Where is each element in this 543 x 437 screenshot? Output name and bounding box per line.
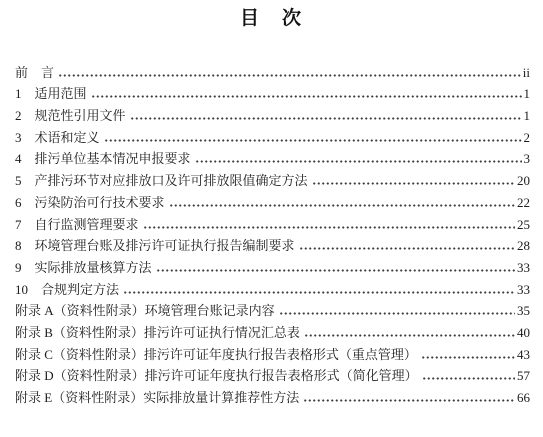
dot-leader (104, 139, 522, 142)
toc-entry-label: 附录 E（资料性附录）实际排放量计算推荐性方法 (15, 390, 299, 405)
toc-entry-page: ii (523, 65, 530, 80)
toc-list: 前 言ii1 适用范围12 规范性引用文件13 术语和定义24 排污单位基本情况… (15, 58, 530, 405)
dot-leader (156, 269, 515, 272)
toc-entry-label: 2 规范性引用文件 (15, 108, 126, 123)
toc-entry: 9 实际排放量核算方法33 (15, 253, 530, 275)
toc-entry-label: 3 术语和定义 (15, 130, 100, 145)
toc-entry-page: 57 (517, 368, 530, 383)
dot-leader (143, 226, 515, 229)
dot-leader (421, 356, 515, 359)
toc-entry-label: 附录 C（资料性附录）排污许可证年度执行报告表格形式（重点管理） (15, 347, 417, 362)
dot-leader (279, 312, 515, 315)
toc-entry-page: 1 (524, 86, 531, 101)
toc-entry-page: 35 (517, 303, 530, 318)
toc-entry-label: 9 实际排放量核算方法 (15, 260, 152, 275)
dot-leader (304, 334, 515, 337)
toc-entry: 6 污染防治可行技术要求22 (15, 188, 530, 210)
toc-entry-label: 5 产排污环节对应排放口及许可排放限值确定方法 (15, 173, 308, 188)
toc-entry: 10 合规判定方法33 (15, 275, 530, 297)
toc-entry-page: 3 (524, 151, 531, 166)
toc-entry: 附录 E（资料性附录）实际排放量计算推荐性方法66 (15, 383, 530, 405)
dot-leader (91, 95, 522, 98)
toc-entry-page: 40 (517, 325, 530, 340)
toc-entry-label: 附录 D（资料性附录）排污许可证年度执行报告表格形式（简化管理） (15, 368, 418, 383)
toc-entry-label: 7 自行监测管理要求 (15, 217, 139, 232)
toc-entry: 4 排污单位基本情况申报要求3 (15, 145, 530, 167)
dot-leader (169, 204, 515, 207)
toc-page: 目 次 前 言ii1 适用范围12 规范性引用文件13 术语和定义24 排污单位… (0, 7, 543, 437)
toc-entry-page: 22 (517, 195, 530, 210)
toc-entry: 3 术语和定义2 (15, 123, 530, 145)
toc-entry: 前 言ii (15, 58, 530, 80)
dot-leader (123, 291, 515, 294)
toc-entry-label: 6 污染防治可行技术要求 (15, 195, 165, 210)
toc-entry-label: 附录 B（资料性附录）排污许可证执行情况汇总表 (15, 325, 300, 340)
toc-entry-page: 33 (517, 260, 530, 275)
page-title: 目 次 (0, 7, 543, 30)
toc-entry-label: 附录 A（资料性附录）环境管理台账记录内容 (15, 303, 275, 318)
toc-entry: 2 规范性引用文件1 (15, 101, 530, 123)
toc-entry-page: 33 (517, 282, 530, 297)
toc-entry: 7 自行监测管理要求25 (15, 210, 530, 232)
toc-entry-page: 2 (524, 130, 531, 145)
toc-entry: 附录 C（资料性附录）排污许可证年度执行报告表格形式（重点管理）43 (15, 340, 530, 362)
toc-entry-label: 前 言 (15, 65, 54, 80)
toc-entry-page: 28 (517, 238, 530, 253)
dot-leader (195, 160, 522, 163)
toc-entry-page: 66 (517, 390, 530, 405)
dot-leader (303, 399, 515, 402)
dot-leader (422, 377, 515, 380)
toc-entry-label: 1 适用范围 (15, 86, 87, 101)
toc-entry: 5 产排污环节对应排放口及许可排放限值确定方法20 (15, 166, 530, 188)
toc-entry: 附录 B（资料性附录）排污许可证执行情况汇总表40 (15, 318, 530, 340)
toc-entry-label: 10 合规判定方法 (15, 282, 119, 297)
dot-leader (299, 247, 515, 250)
dot-leader (58, 74, 521, 77)
toc-entry: 附录 A（资料性附录）环境管理台账记录内容35 (15, 297, 530, 319)
dot-leader (312, 182, 515, 185)
toc-entry-page: 43 (517, 347, 530, 362)
toc-entry-label: 4 排污单位基本情况申报要求 (15, 151, 191, 166)
toc-entry-page: 20 (517, 173, 530, 188)
toc-entry-label: 8 环境管理台账及排污许可证执行报告编制要求 (15, 238, 295, 253)
toc-entry: 8 环境管理台账及排污许可证执行报告编制要求28 (15, 232, 530, 254)
toc-entry: 附录 D（资料性附录）排污许可证年度执行报告表格形式（简化管理）57 (15, 362, 530, 384)
toc-entry: 1 适用范围1 (15, 80, 530, 102)
dot-leader (130, 117, 522, 120)
toc-entry-page: 25 (517, 217, 530, 232)
toc-entry-page: 1 (524, 108, 531, 123)
